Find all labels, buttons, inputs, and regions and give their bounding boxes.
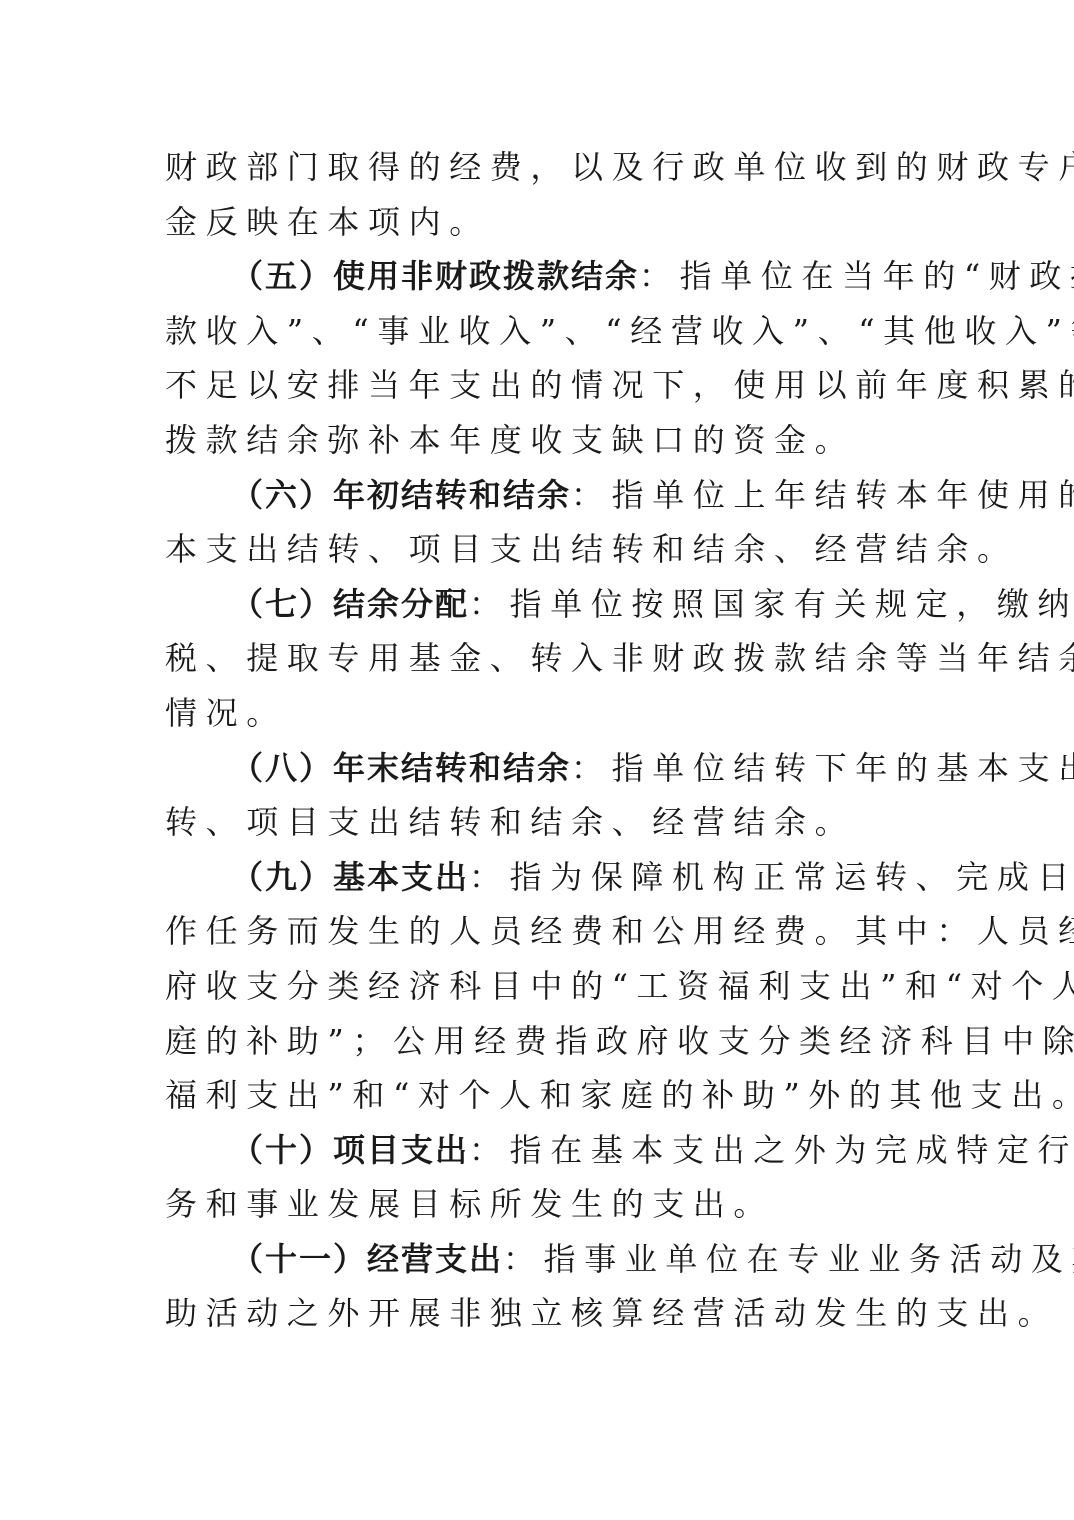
definition-item-9: （九）基本支出：指为保障机构正常运转、完成日常工 作任务而发生的人员经费和公用经… <box>165 850 925 1123</box>
text-line: 本支出结转、项目支出结转和结余、经营结余。 <box>165 522 925 577</box>
text-line: 税、提取专用基金、转入非财政拨款结余等当年结余的分配 <box>165 631 925 686</box>
text-line: 庭的补助”；公用经费指政府收支分类经济科目中除“工资 <box>165 1014 925 1069</box>
definition-term: （十）项目支出 <box>231 1131 469 1169</box>
text-line: 府收支分类经济科目中的“工资福利支出”和“对个人和家 <box>165 959 925 1014</box>
definition-item-6: （六）年初结转和结余：指单位上年结转本年使用的基 本支出结转、项目支出结转和结余… <box>165 468 925 577</box>
text-line: 助活动之外开展非独立核算经营活动发生的支出。 <box>165 1286 925 1341</box>
text-line: 不足以安排当年支出的情况下，使用以前年度积累的非财政 <box>165 358 925 413</box>
definition-term: （七）结余分配 <box>231 585 469 623</box>
text-line: 拨款结余弥补本年度收支缺口的资金。 <box>165 413 925 468</box>
definition-item-5: （五）使用非财政拨款结余：指单位在当年的“财政拨 款收入”、“事业收入”、“经营… <box>165 249 925 467</box>
definition-term: （五）使用非财政拨款结余 <box>231 257 639 295</box>
intro-paragraph: 财政部门取得的经费，以及行政单位收到的财政专户管理资 金反映在本项内。 <box>165 140 925 249</box>
text-line: 作任务而发生的人员经费和公用经费。其中：人员经费指政 <box>165 904 925 959</box>
definition-term: （六）年初结转和结余 <box>231 476 571 514</box>
text-line: 款收入”、“事业收入”、“经营收入”、“其他收入”等 <box>165 304 925 359</box>
definition-text: ：指为保障机构正常运转、完成日常工 <box>469 858 1074 896</box>
definition-item-10: （十）项目支出：指在基本支出之外为完成特定行政任 务和事业发展目标所发生的支出。 <box>165 1123 925 1232</box>
definition-text: ：指单位按照国家有关规定，缴纳所得 <box>469 585 1074 623</box>
definition-text: ：指单位在当年的“财政拨 <box>639 257 1074 295</box>
text-line: 金反映在本项内。 <box>165 195 925 250</box>
definition-item-8: （八）年末结转和结余：指单位结转下年的基本支出结 转、项目支出结转和结余、经营结… <box>165 741 925 850</box>
definition-text: ：指事业单位在专业业务活动及其辅 <box>503 1240 1074 1278</box>
text-line: 转、项目支出结转和结余、经营结余。 <box>165 795 925 850</box>
text-line: 务和事业发展目标所发生的支出。 <box>165 1177 925 1232</box>
definition-term: （十一）经营支出 <box>231 1240 503 1278</box>
document-page: 财政部门取得的经费，以及行政单位收到的财政专户管理资 金反映在本项内。 （五）使… <box>165 140 925 1341</box>
definition-term: （八）年末结转和结余 <box>231 749 571 787</box>
definition-item-7: （七）结余分配：指单位按照国家有关规定，缴纳所得 税、提取专用基金、转入非财政拨… <box>165 577 925 741</box>
definition-text: ：指单位结转下年的基本支出结 <box>571 749 1074 787</box>
definition-item-11: （十一）经营支出：指事业单位在专业业务活动及其辅 助活动之外开展非独立核算经营活… <box>165 1232 925 1341</box>
text-line: 财政部门取得的经费，以及行政单位收到的财政专户管理资 <box>165 140 925 195</box>
definition-text: ：指单位上年结转本年使用的基 <box>571 476 1074 514</box>
text-line: 情况。 <box>165 686 925 741</box>
definition-term: （九）基本支出 <box>231 858 469 896</box>
definition-text: ：指在基本支出之外为完成特定行政任 <box>469 1131 1074 1169</box>
text-line: 福利支出”和“对个人和家庭的补助”外的其他支出。 <box>165 1068 925 1123</box>
